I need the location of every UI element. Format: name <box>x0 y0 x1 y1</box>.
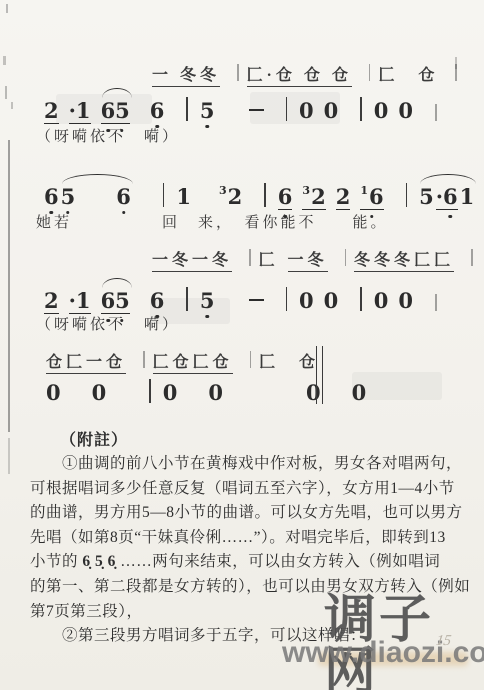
barline <box>286 287 288 311</box>
note-token: 一冬一冬 <box>152 253 232 272</box>
note-token: 6 <box>150 100 165 121</box>
barline <box>237 64 239 81</box>
barline <box>360 287 362 311</box>
rest-zero: 0 <box>398 100 413 121</box>
dash-note <box>249 299 264 301</box>
rest-zero: 0 <box>46 382 61 403</box>
note-token: 32 <box>302 185 325 210</box>
barline <box>264 183 266 207</box>
note-token: 一冬 <box>288 253 328 272</box>
note-token: 16 <box>360 185 383 210</box>
watermark-site-url: www.diaozi.com <box>282 638 484 668</box>
footnote-line: 可根据唱词多少任意反复（唱词五至六字），女方用1—4小节 <box>30 477 474 502</box>
rest-zero: 0 <box>324 100 339 121</box>
footnote-segment: ……两句来结束，可以由女方转入（例如唱词 <box>116 553 440 570</box>
barline <box>406 183 408 207</box>
slur: 5·61 <box>419 184 484 210</box>
rest-zero: 0 <box>398 290 413 311</box>
note-token: （呀嗬依不 嗬） <box>36 318 180 333</box>
barline <box>163 183 165 207</box>
rest-line-4: 0000 00 <box>46 379 397 405</box>
note-token: 仓匚一仓 <box>46 355 126 374</box>
grace-note: 1 <box>360 184 368 197</box>
rest-zero: 0 <box>299 290 314 311</box>
footnote-segment: 小节的 <box>30 553 82 570</box>
slur: 65 <box>101 98 140 124</box>
barline <box>186 97 188 121</box>
barline <box>435 294 437 311</box>
note-token: 6 <box>44 186 59 207</box>
note-token: 2 <box>44 100 59 124</box>
melody-line-1: 2·165650000 <box>44 97 449 124</box>
note-token: 5 <box>200 290 215 311</box>
note-token: 32 <box>219 185 242 207</box>
note-token: 65 <box>101 290 130 314</box>
note-token: 5 <box>200 100 215 121</box>
note-token: 匚 <box>259 253 279 269</box>
barline <box>286 97 288 121</box>
rest-zero: 0 <box>299 100 314 121</box>
final-double-barline <box>316 346 323 404</box>
barline <box>455 64 457 81</box>
barline <box>249 249 251 266</box>
note-token: （呀嗬依不 嗬） <box>36 130 180 145</box>
note-token: 2 <box>44 290 59 314</box>
note-token <box>254 382 275 403</box>
rest-zero: 0 <box>374 100 389 121</box>
note-token: 冬冬冬匚匚 <box>354 253 454 272</box>
rest-zero: 0 <box>352 382 367 403</box>
slur: 5 6 <box>61 184 141 209</box>
barline <box>149 379 151 403</box>
note-token: 6 <box>116 186 131 207</box>
lyric-line-3: （呀嗬依不 嗬） <box>36 317 180 334</box>
rest-zero: 0 <box>324 290 339 311</box>
rest-zero: 0 <box>92 382 107 403</box>
barline <box>360 97 362 121</box>
note-token: ·1 <box>69 290 91 314</box>
percussion-line-4: 仓匚一仓匚仓匚仓匚 仓 <box>46 351 328 374</box>
scan-artifact <box>8 438 10 474</box>
note-token: 匚·仓 仓 仓 <box>247 68 352 87</box>
page-number: 15 <box>435 633 452 650</box>
rest-zero: 0 <box>208 382 223 403</box>
score-page: 一 冬冬匚·仓 仓 仓匚 仓2·165650000（呀嗬依不 嗬）65 6132… <box>0 0 484 690</box>
note-token: 一 冬冬 <box>152 68 220 87</box>
slur: 65 <box>101 288 140 314</box>
footnote-line: 的曲谱，男方用5—8小节的曲谱。可以女方先唱，也可以男方 <box>30 501 474 526</box>
lyric-line-1: （呀嗬依不 嗬） <box>36 129 180 146</box>
note-token: 6 <box>278 186 293 210</box>
percussion-line-1: 一 冬冬匚·仓 仓 仓匚 仓 <box>152 64 465 87</box>
footnote-line: ①曲调的前八小节在黄梅戏中作对板，男女各对唱两句， <box>30 452 474 477</box>
footnote-line: 先唱（如第8页“干妹真伶俐……”）。对唱完毕后，即转到13 <box>30 526 474 551</box>
melody-line-3: 2·165650000 <box>44 287 449 314</box>
barline <box>471 249 473 266</box>
note-token: 6 <box>150 290 165 311</box>
note-token: 匚 仓 <box>378 68 438 84</box>
scan-artifact <box>6 4 8 13</box>
note-token: 1 <box>460 186 475 207</box>
footnote-line: 小节的 6̣ 5̣ 6̣ ……两句来结束，可以由女方转入（例如唱词 <box>30 550 474 575</box>
grace-note: 3 <box>302 184 310 197</box>
barline <box>143 351 145 368</box>
lyric-line-2: 她若 回 来， 看你能不 能。 <box>36 215 389 232</box>
grace-note: 3 <box>219 184 227 197</box>
percussion-line-3: 一冬一冬匚一冬冬冬冬匚匚 <box>152 249 481 272</box>
note-token: 5 <box>419 186 434 207</box>
note-token: ·1 <box>69 100 91 124</box>
note-token: 2 <box>336 186 351 210</box>
barline <box>345 249 347 266</box>
scan-artifact-left-line <box>8 140 10 432</box>
rest-zero: 0 <box>163 382 178 403</box>
barline <box>250 351 252 368</box>
scan-artifact <box>5 86 7 99</box>
melody-line-2: 65 61326322165·61 <box>44 183 484 210</box>
scan-artifact <box>3 56 6 65</box>
scan-artifact <box>11 102 13 109</box>
note-token: 65 <box>101 100 130 124</box>
note-token: 匚 仓 <box>259 355 319 371</box>
note-token: 1 <box>176 186 191 207</box>
barline <box>186 287 188 311</box>
footnote-title: （附註） <box>60 427 128 450</box>
note-token: 5 <box>61 186 76 207</box>
barline <box>369 64 371 81</box>
note-token: 匚仓匚仓 <box>153 355 233 374</box>
dash-note <box>249 109 264 111</box>
note-token: ·6 <box>436 186 458 210</box>
footnote-segment: 6̣ 5̣ 6̣ <box>82 553 116 570</box>
note-token: 她若 回 来， 看你能不 能。 <box>36 216 389 231</box>
barline <box>435 104 437 121</box>
note-token <box>85 186 106 207</box>
rest-zero: 0 <box>374 290 389 311</box>
